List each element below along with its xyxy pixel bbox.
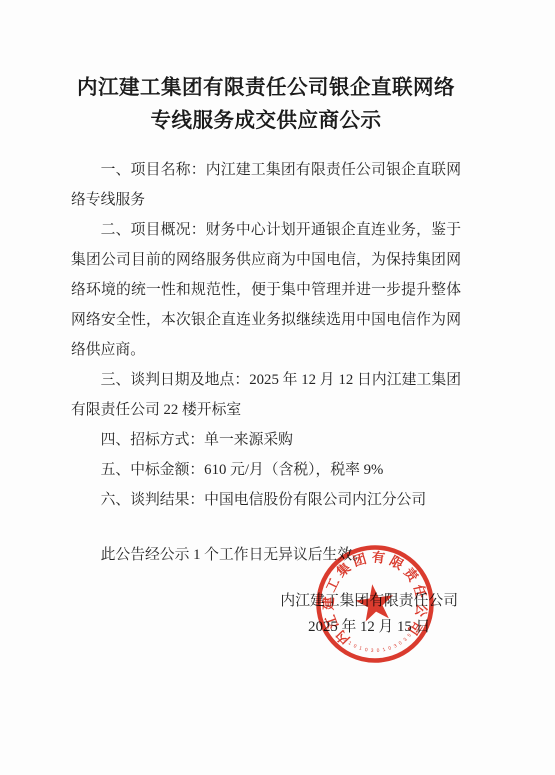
paragraph-negotiation-result: 六、谈判结果：中国电信股份有限公司内江分公司: [71, 485, 461, 515]
paragraph-closing-notice: 此公告经公示 1 个工作日无异议后生效。: [71, 540, 461, 570]
signature-block: 内江建工集团有限责任公司 2025 年 12 月 15 日: [280, 586, 458, 639]
document-page: 内江建工集团有限责任公司银企直联网络 专线服务成交供应商公示 一、项目名称：内江…: [0, 0, 555, 775]
signature-date: 2025 年 12 月 15 日: [280, 616, 458, 639]
paragraph-negotiation-date-place: 三、谈判日期及地点：2025 年 12 月 12 日内江建工集团有限责任公司 2…: [71, 365, 461, 425]
document-title: 内江建工集团有限责任公司银企直联网络 专线服务成交供应商公示: [71, 72, 461, 138]
title-line-2: 专线服务成交供应商公示: [71, 105, 461, 138]
document-body: 一、项目名称：内江建工集团有限责任公司银企直联网络专线服务 二、项目概况：财务中…: [71, 155, 461, 639]
title-line-1: 内江建工集团有限责任公司银企直联网络: [71, 72, 461, 105]
paragraph-project-name: 一、项目名称：内江建工集团有限责任公司银企直联网络专线服务: [71, 155, 461, 215]
paragraph-award-amount: 五、中标金额：610 元/月（含税），税率 9%: [71, 455, 461, 485]
paragraph-bidding-method: 四、招标方式：单一来源采购: [71, 425, 461, 455]
signature-company: 内江建工集团有限责任公司: [280, 586, 458, 616]
paragraph-project-overview: 二、项目概况：财务中心计划开通银企直连业务，鉴于集团公司目前的网络服务供应商为中…: [71, 215, 461, 365]
